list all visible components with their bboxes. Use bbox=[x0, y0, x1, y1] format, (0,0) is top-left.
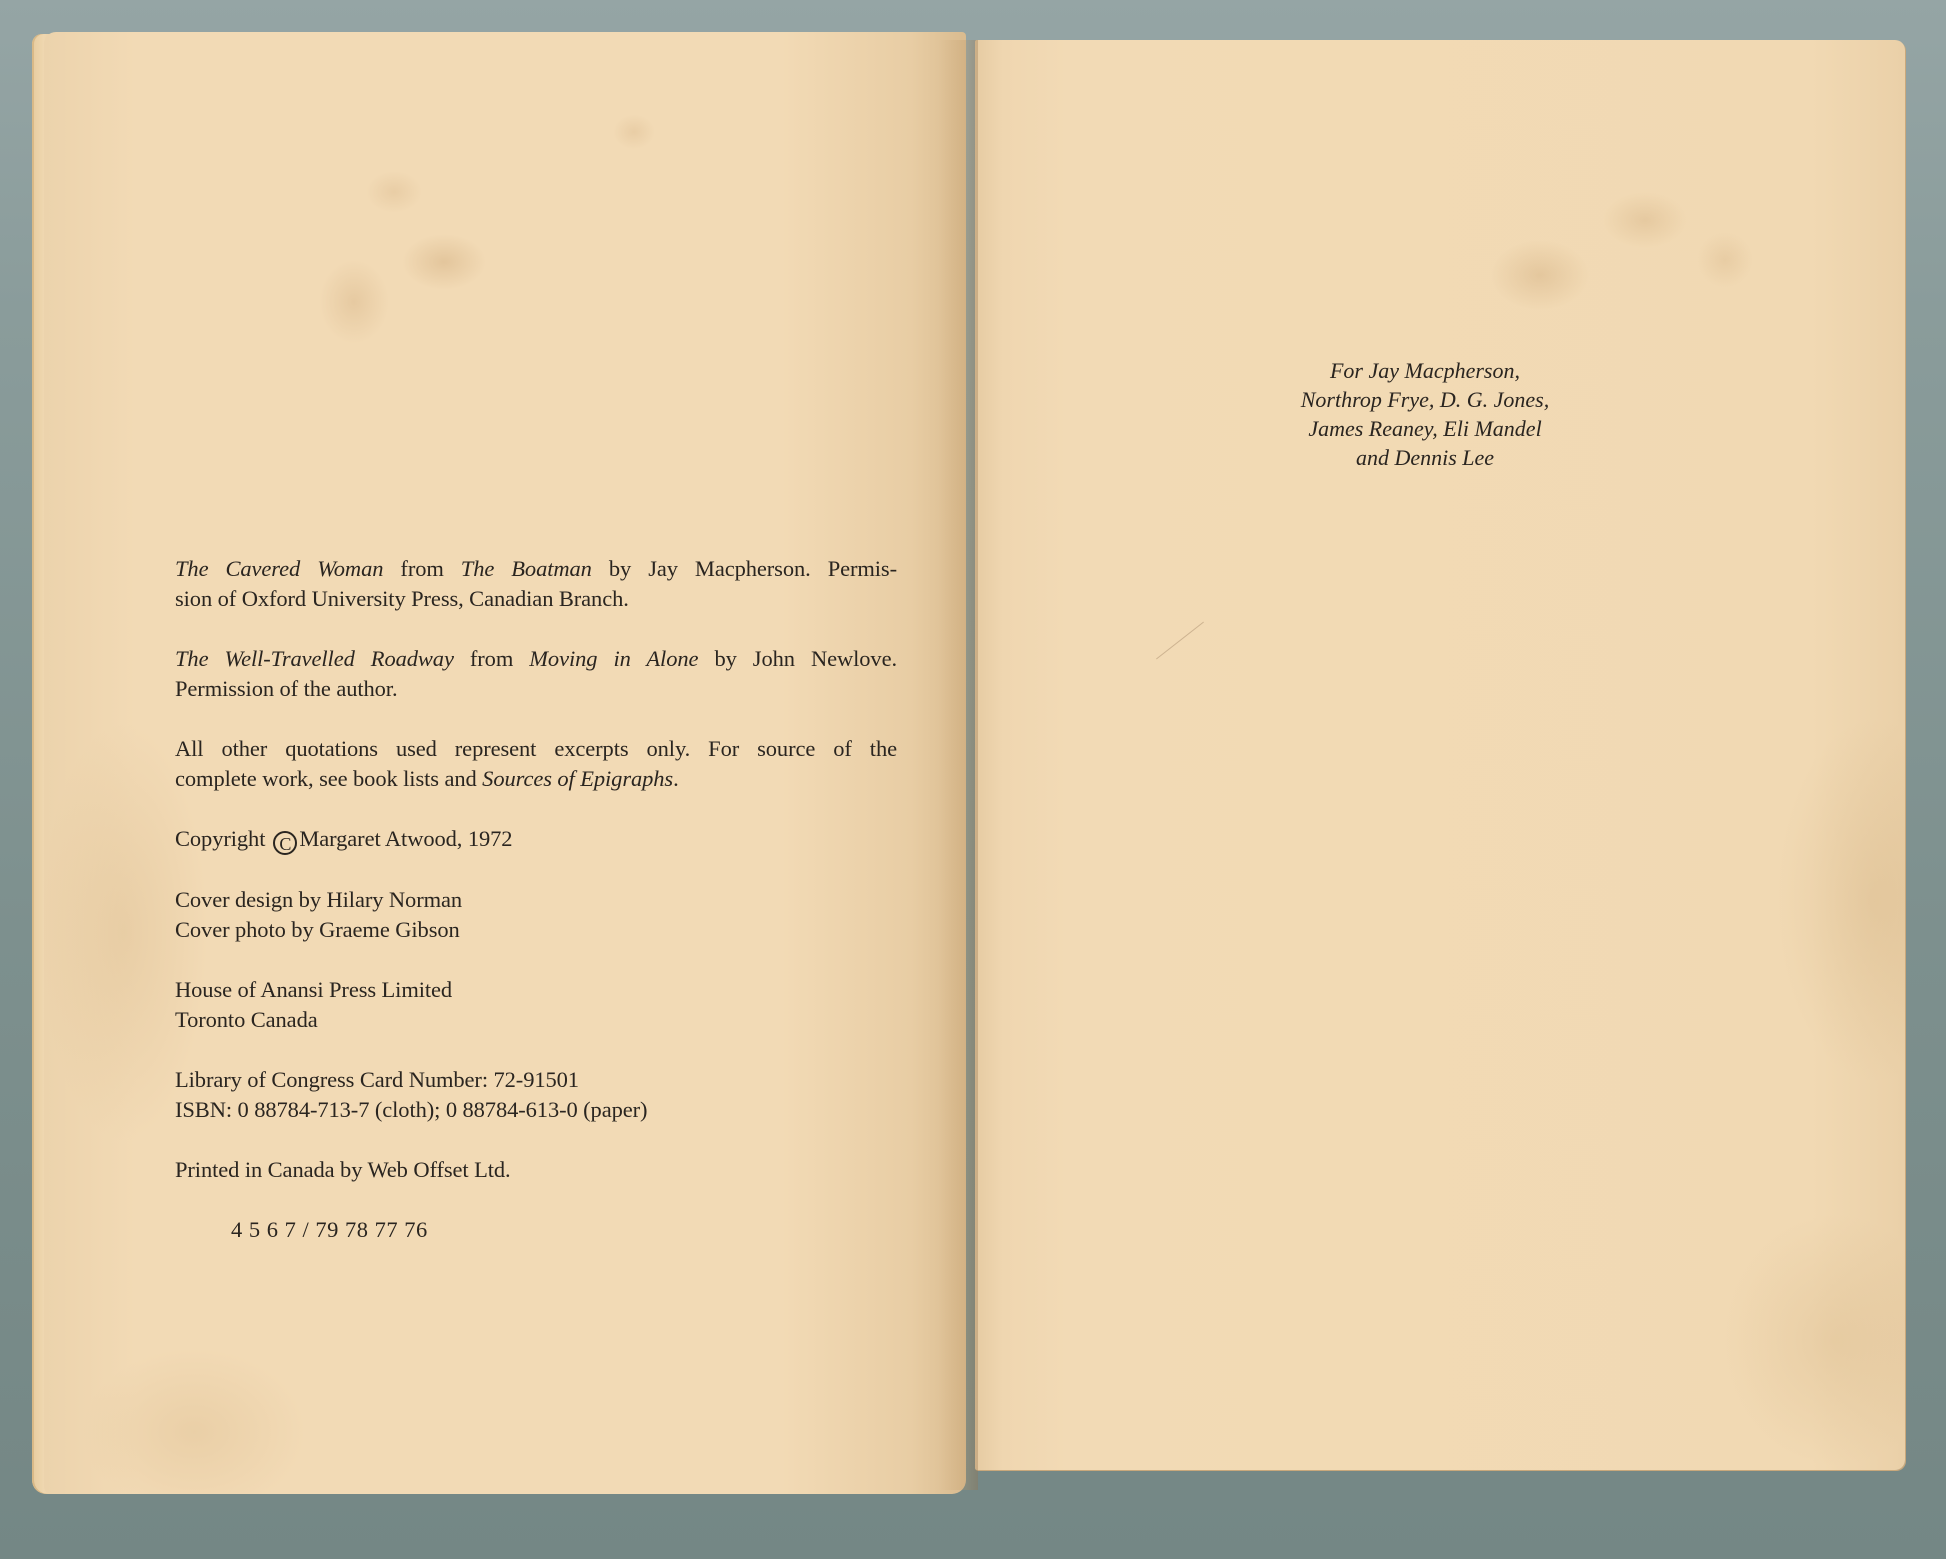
credit-line: The Well-Travelled Roadway from Moving i… bbox=[175, 644, 897, 674]
credit-caverned-woman: The Cavered Woman from The Boatman by Ja… bbox=[175, 554, 955, 614]
printer-info: Printed in Canada by Web Offset Ltd. bbox=[175, 1155, 955, 1185]
isbn: ISBN: 0 88784-713-7 (cloth); 0 88784-613… bbox=[175, 1095, 955, 1125]
copyright-page: The Cavered Woman from The Boatman by Ja… bbox=[44, 32, 966, 1494]
publisher-info: House of Anansi Press Limited Toronto Ca… bbox=[175, 975, 955, 1035]
cover-design-credit: Cover design by Hilary Norman bbox=[175, 885, 955, 915]
publisher-name: House of Anansi Press Limited bbox=[175, 975, 955, 1005]
catalog-info: Library of Congress Card Number: 72-9150… bbox=[175, 1065, 955, 1125]
book-title: The Boatman bbox=[461, 556, 592, 581]
dedication-line: James Reaney, Eli Mandel bbox=[1225, 414, 1625, 443]
lccn: Library of Congress Card Number: 72-9150… bbox=[175, 1065, 955, 1095]
printing-line: 4 5 6 7 / 79 78 77 76 bbox=[175, 1215, 955, 1245]
sources-title: Sources of Epigraphs bbox=[482, 766, 673, 791]
printing-number-line: 4 5 6 7 / 79 78 77 76 bbox=[175, 1215, 955, 1245]
dedication-page: For Jay Macpherson, Northrop Frye, D. G.… bbox=[975, 40, 1905, 1470]
credit-line: Permission of the author. bbox=[175, 674, 955, 704]
poem-title: The Well-Travelled Roadway bbox=[175, 646, 454, 671]
book-scan: The Cavered Woman from The Boatman by Ja… bbox=[0, 0, 1946, 1559]
poem-title: The Cavered Woman bbox=[175, 556, 383, 581]
cover-photo-credit: Cover photo by Graeme Gibson bbox=[175, 915, 955, 945]
cover-credits: Cover design by Hilary Norman Cover phot… bbox=[175, 885, 955, 945]
copyright-text-block: The Cavered Woman from The Boatman by Ja… bbox=[175, 554, 955, 1275]
quotations-note: All other quotations used represent exce… bbox=[175, 734, 955, 794]
note-text: . bbox=[673, 766, 679, 791]
credit-text: by John Newlove. bbox=[698, 646, 897, 671]
copyright-notice: CopyrightCMargaret Atwood, 1972 bbox=[175, 824, 955, 855]
copyright-label: Copyright bbox=[175, 826, 265, 851]
copyright-holder: Margaret Atwood, 1972 bbox=[299, 826, 512, 851]
note-text: complete work, see book lists and bbox=[175, 766, 482, 791]
book-title: Moving in Alone bbox=[529, 646, 698, 671]
dedication-line: For Jay Macpherson, bbox=[1225, 356, 1625, 385]
publisher-location: Toronto Canada bbox=[175, 1005, 955, 1035]
printer-credit: Printed in Canada by Web Offset Ltd. bbox=[175, 1155, 955, 1185]
dedication: For Jay Macpherson, Northrop Frye, D. G.… bbox=[1225, 356, 1625, 472]
credit-text: by Jay Macpherson. Permis- bbox=[592, 556, 897, 581]
credit-line: The Cavered Woman from The Boatman by Ja… bbox=[175, 554, 897, 584]
credit-well-travelled-roadway: The Well-Travelled Roadway from Moving i… bbox=[175, 644, 955, 704]
note-line: complete work, see book lists and Source… bbox=[175, 764, 955, 794]
credit-text: from bbox=[383, 556, 460, 581]
dedication-line: Northrop Frye, D. G. Jones, bbox=[1225, 385, 1625, 414]
credit-text: from bbox=[454, 646, 529, 671]
copyright-line: CopyrightCMargaret Atwood, 1972 bbox=[175, 824, 955, 855]
credit-line: sion of Oxford University Press, Canadia… bbox=[175, 584, 955, 614]
note-line: All other quotations used represent exce… bbox=[175, 734, 897, 764]
copyright-symbol-icon: C bbox=[273, 831, 297, 855]
dedication-line: and Dennis Lee bbox=[1225, 443, 1625, 472]
